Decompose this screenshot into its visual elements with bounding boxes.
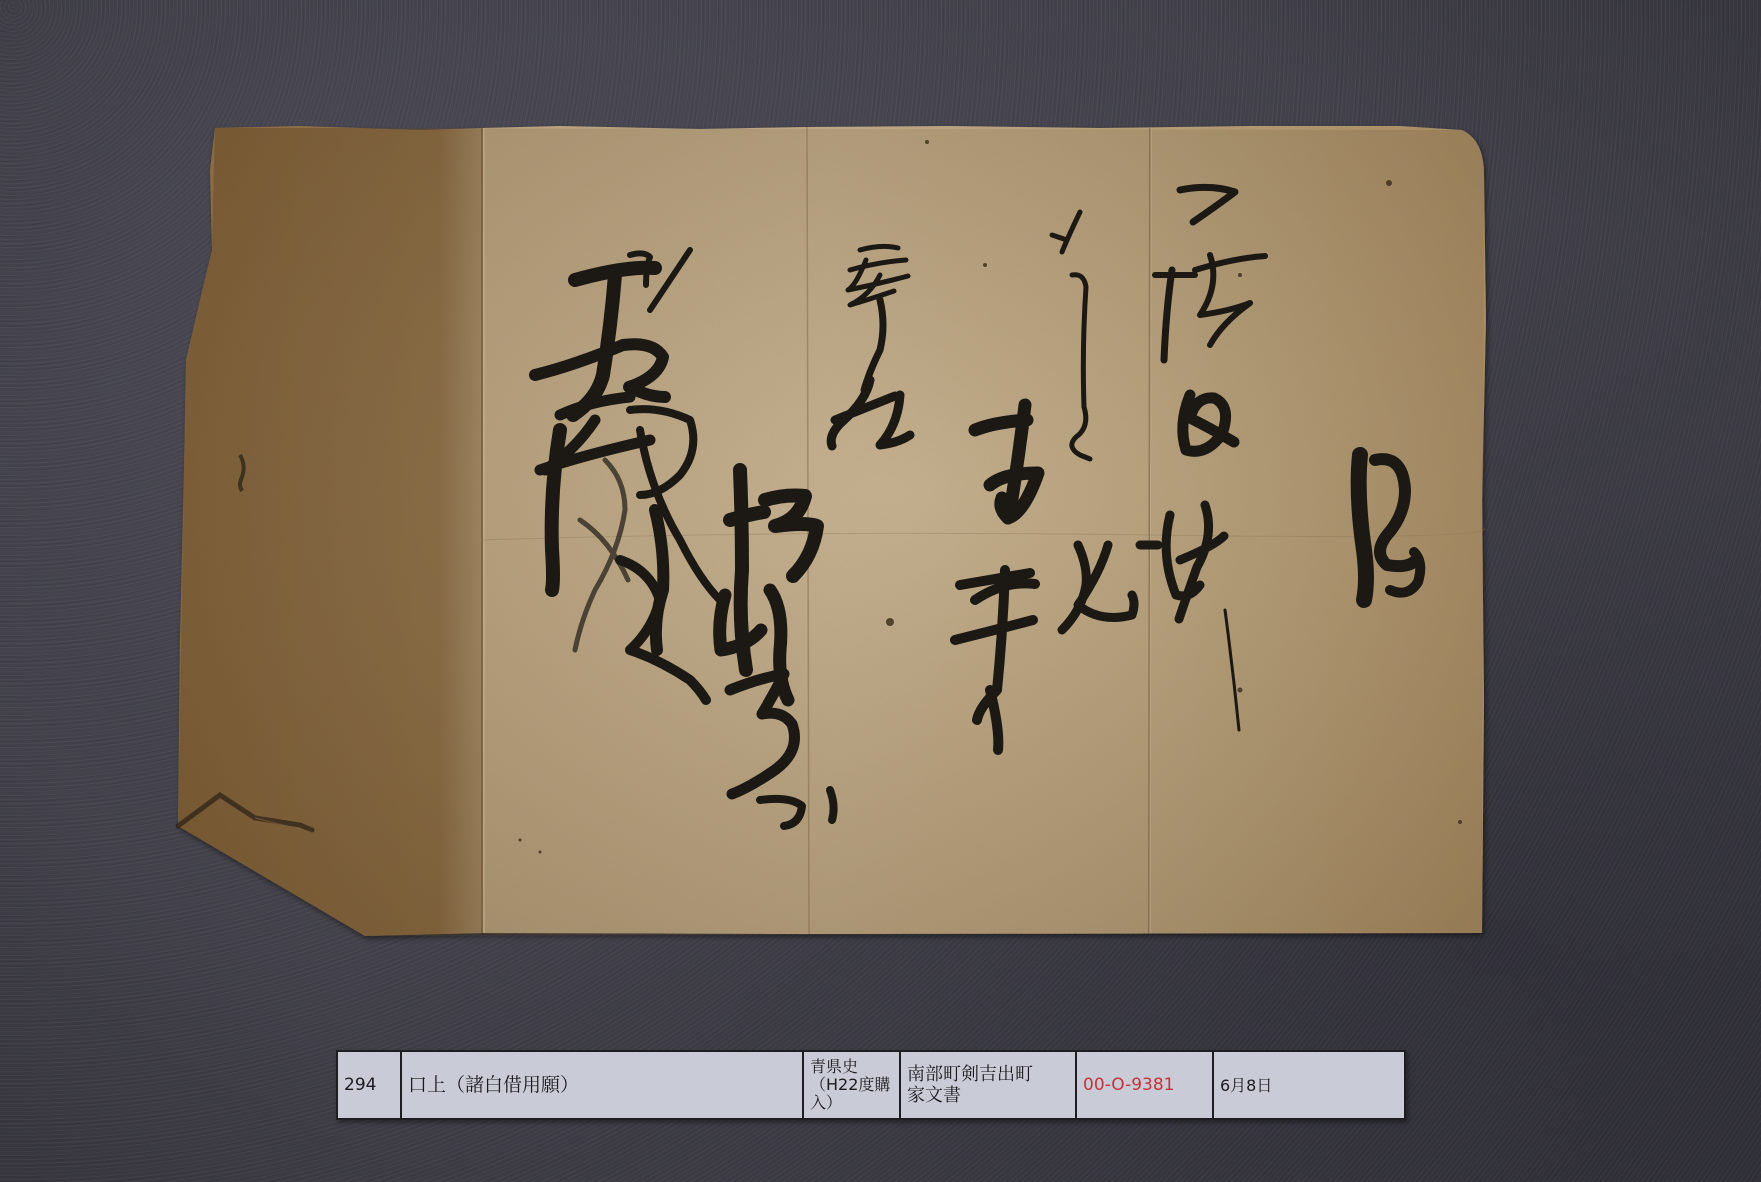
label-source: 青県史 （H22度購 入） [804, 1052, 901, 1118]
label-date: 6月8日 [1214, 1052, 1404, 1118]
label-source-line3: 入） [810, 1094, 890, 1112]
label-document-title: 口上（諸白借用願） [402, 1052, 804, 1118]
label-catalog-id: 00-O-9381 [1077, 1052, 1214, 1118]
label-item-number: 294 [338, 1052, 402, 1118]
paper-drawing [0, 0, 1761, 1182]
photograph-stage: 294 口上（諸白借用願） 青県史 （H22度購 入） 南部町剣吉出町 家文書 … [0, 0, 1761, 1182]
catalog-id-text: 00-O-9381 [1083, 1076, 1175, 1095]
catalog-label: 294 口上（諸白借用願） 青県史 （H22度購 入） 南部町剣吉出町 家文書 … [336, 1050, 1406, 1120]
label-source-line2: （H22度購 [810, 1076, 890, 1094]
document-paper [0, 0, 1761, 1182]
label-source-line1: 青県史 [810, 1058, 890, 1076]
label-collection: 南部町剣吉出町 家文書 [901, 1052, 1077, 1118]
label-collection-line2: 家文書 [907, 1085, 1033, 1106]
label-collection-line1: 南部町剣吉出町 [907, 1064, 1033, 1085]
